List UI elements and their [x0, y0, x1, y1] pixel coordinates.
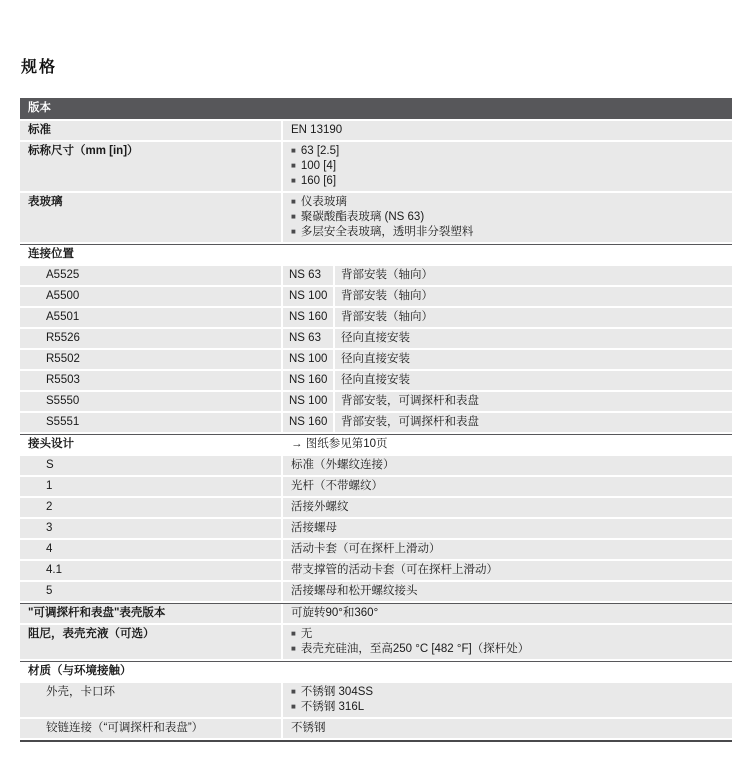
row-label: 4 — [20, 540, 281, 559]
row-label: 1 — [20, 477, 281, 496]
value-text: 63 [2.5] — [301, 145, 339, 157]
row-label: 标称尺寸（mm [in]） — [20, 142, 281, 191]
ns-size: NS 160 — [283, 308, 333, 327]
row-label: 标准 — [20, 121, 281, 140]
mounting-desc: 径向直接安装 — [335, 350, 732, 369]
value-line: 光杆（不带螺纹） — [291, 479, 724, 494]
table-row: 标准EN 13190 — [20, 121, 732, 140]
row-label: 外壳，卡口环 — [20, 683, 281, 717]
value-text: 光杆（不带螺纹） — [291, 480, 383, 492]
mounting-desc: 背部安装，可调探杆和表盘 — [335, 392, 732, 411]
value-line: ■100 [4] — [291, 159, 724, 174]
value-line: 带支撑管的活动卡套（可在探杆上滑动） — [291, 563, 724, 578]
value-line: → 图纸参见第10页 — [291, 437, 724, 452]
row-label: 连接位置 — [20, 245, 281, 264]
value-text: 不锈钢 — [291, 722, 326, 734]
value-line: ■不锈钢 304SS — [291, 685, 724, 700]
row-value: 不锈钢 — [283, 719, 732, 738]
value-line: 不锈钢 — [291, 721, 724, 736]
bullet-square-icon: ■ — [291, 644, 296, 653]
table-row: "可调探杆和表盘"表壳版本可旋转90°和360° — [20, 603, 732, 623]
value-line: ■不锈钢 316L — [291, 700, 724, 715]
table-row: 1光杆（不带螺纹） — [20, 477, 732, 496]
value-text: 活动卡套（可在探杆上滑动） — [291, 543, 441, 555]
section-header-row: 接头设计→ 图纸参见第10页 — [20, 434, 732, 454]
bullet-square-icon: ■ — [291, 687, 296, 696]
bullet-square-icon: ■ — [291, 227, 296, 236]
table-row: 阻尼，表壳充液（可选）■无■表壳充硅油，至高250 °C [482 °F]（探杆… — [20, 625, 732, 659]
row-label: 5 — [20, 582, 281, 601]
table-row: 4活动卡套（可在探杆上滑动） — [20, 540, 732, 559]
row-label: 4.1 — [20, 561, 281, 580]
row-label: S — [20, 456, 281, 475]
value-text: 无 — [301, 628, 313, 640]
value-text: 多层安全表玻璃，透明非分裂塑料 — [301, 226, 474, 238]
row-value: 带支撑管的活动卡套（可在探杆上滑动） — [283, 561, 732, 580]
table-header-row: 版本 — [20, 98, 732, 119]
value-line: ■无 — [291, 627, 724, 642]
value-line: ■聚碳酸酯表玻璃 (NS 63) — [291, 210, 724, 225]
value-text: 活接螺母 — [291, 522, 337, 534]
section-header-row: 连接位置 — [20, 244, 732, 264]
row-value — [283, 662, 732, 681]
row-label: S5551 — [20, 413, 281, 432]
table-row: A5500NS 100背部安装（轴向） — [20, 287, 732, 306]
mounting-desc: 背部安装（轴向） — [335, 308, 732, 327]
ns-size: NS 63 — [283, 266, 333, 285]
table-row: 5活接螺母和松开螺纹接头 — [20, 582, 732, 601]
table-row: 表玻璃■仪表玻璃■聚碳酸酯表玻璃 (NS 63)■多层安全表玻璃，透明非分裂塑料 — [20, 193, 732, 242]
section-header-row: 材质（与环境接触） — [20, 661, 732, 681]
value-text: 100 [4] — [301, 160, 336, 172]
row-label: R5503 — [20, 371, 281, 390]
table-row: 2活接外螺纹 — [20, 498, 732, 517]
value-line: 活接螺母 — [291, 521, 724, 536]
row-value: ■63 [2.5]■100 [4]■160 [6] — [283, 142, 732, 191]
row-value: ■不锈钢 304SS■不锈钢 316L — [283, 683, 732, 717]
mounting-desc: 背部安装，可调探杆和表盘 — [335, 413, 732, 432]
ns-size: NS 160 — [283, 371, 333, 390]
table-row: R5526NS 63径向直接安装 — [20, 329, 732, 348]
row-value: ■仪表玻璃■聚碳酸酯表玻璃 (NS 63)■多层安全表玻璃，透明非分裂塑料 — [283, 193, 732, 242]
value-line: 可旋转90°和360° — [291, 606, 724, 621]
row-label: A5500 — [20, 287, 281, 306]
ns-size: NS 160 — [283, 413, 333, 432]
ns-size: NS 63 — [283, 329, 333, 348]
bullet-square-icon: ■ — [291, 197, 296, 206]
bullet-square-icon: ■ — [291, 146, 296, 155]
value-text: → 图纸参见第10页 — [291, 438, 388, 450]
value-line: ■仪表玻璃 — [291, 195, 724, 210]
value-line: EN 13190 — [291, 123, 724, 138]
value-line: ■表壳充硅油，至高250 °C [482 °F]（探杆处） — [291, 642, 724, 657]
mounting-desc: 径向直接安装 — [335, 371, 732, 390]
value-line: ■多层安全表玻璃，透明非分裂塑料 — [291, 225, 724, 240]
table-row: 外壳，卡口环■不锈钢 304SS■不锈钢 316L — [20, 683, 732, 717]
value-text: 标准（外螺纹连接） — [291, 459, 395, 471]
table-row: A5501NS 160背部安装（轴向） — [20, 308, 732, 327]
ns-size: NS 100 — [283, 392, 333, 411]
row-value: 标准（外螺纹连接） — [283, 456, 732, 475]
value-text: EN 13190 — [291, 124, 342, 136]
row-value — [283, 245, 732, 264]
bullet-square-icon: ■ — [291, 212, 296, 221]
table-row: A5525NS 63背部安装（轴向） — [20, 266, 732, 285]
table-row: R5502NS 100径向直接安装 — [20, 350, 732, 369]
value-line: ■63 [2.5] — [291, 144, 724, 159]
value-line: 标准（外螺纹连接） — [291, 458, 724, 473]
value-text: 活接外螺纹 — [291, 501, 349, 513]
mounting-desc: 背部安装（轴向） — [335, 287, 732, 306]
value-text: 聚碳酸酯表玻璃 (NS 63) — [301, 211, 424, 223]
row-value: 活接螺母 — [283, 519, 732, 538]
row-label: R5526 — [20, 329, 281, 348]
row-value: EN 13190 — [283, 121, 732, 140]
row-label: 材质（与环境接触） — [20, 662, 281, 681]
section-title: 版本 — [20, 98, 732, 119]
value-line: 活动卡套（可在探杆上滑动） — [291, 542, 724, 557]
row-label: A5501 — [20, 308, 281, 327]
row-label: R5502 — [20, 350, 281, 369]
value-line: ■160 [6] — [291, 174, 724, 189]
bullet-square-icon: ■ — [291, 702, 296, 711]
row-value: → 图纸参见第10页 — [283, 435, 732, 454]
spec-table: 版本标准EN 13190标称尺寸（mm [in]）■63 [2.5]■100 [… — [20, 98, 732, 742]
table-row: 标称尺寸（mm [in]）■63 [2.5]■100 [4]■160 [6] — [20, 142, 732, 191]
mounting-desc: 径向直接安装 — [335, 329, 732, 348]
row-value: 可旋转90°和360° — [283, 604, 732, 623]
table-row: 3活接螺母 — [20, 519, 732, 538]
ns-size: NS 100 — [283, 350, 333, 369]
row-label: A5525 — [20, 266, 281, 285]
value-text: 活接螺母和松开螺纹接头 — [291, 585, 418, 597]
row-value: 光杆（不带螺纹） — [283, 477, 732, 496]
bullet-square-icon: ■ — [291, 629, 296, 638]
value-text: 带支撑管的活动卡套（可在探杆上滑动） — [291, 564, 498, 576]
row-value: 活接外螺纹 — [283, 498, 732, 517]
row-value: 活接螺母和松开螺纹接头 — [283, 582, 732, 601]
mounting-desc: 背部安装（轴向） — [335, 266, 732, 285]
table-row: S标准（外螺纹连接） — [20, 456, 732, 475]
table-bottom-border — [20, 740, 732, 742]
value-text: 不锈钢 304SS — [301, 686, 373, 698]
row-label: S5550 — [20, 392, 281, 411]
value-text: 不锈钢 316L — [301, 701, 364, 713]
value-text: 仪表玻璃 — [301, 196, 347, 208]
row-label: 铰链连接（“可调探杆和表盘”） — [20, 719, 281, 738]
row-label: "可调探杆和表盘"表壳版本 — [20, 604, 281, 623]
row-label: 阻尼，表壳充液（可选） — [20, 625, 281, 659]
value-text: 可旋转90°和360° — [291, 607, 378, 619]
page-title: 规格 — [21, 54, 752, 77]
bullet-square-icon: ■ — [291, 161, 296, 170]
table-row: S5550NS 100背部安装，可调探杆和表盘 — [20, 392, 732, 411]
table-row: 4.1带支撑管的活动卡套（可在探杆上滑动） — [20, 561, 732, 580]
table-row: R5503NS 160径向直接安装 — [20, 371, 732, 390]
value-text: 表壳充硅油，至高250 °C [482 °F]（探杆处） — [301, 643, 529, 655]
value-text: 160 [6] — [301, 175, 336, 187]
table-row: 铰链连接（“可调探杆和表盘”）不锈钢 — [20, 719, 732, 738]
row-label: 接头设计 — [20, 435, 281, 454]
table-row: S5551NS 160背部安装，可调探杆和表盘 — [20, 413, 732, 432]
row-label: 2 — [20, 498, 281, 517]
value-line: 活接螺母和松开螺纹接头 — [291, 584, 724, 599]
row-value: ■无■表壳充硅油，至高250 °C [482 °F]（探杆处） — [283, 625, 732, 659]
value-line: 活接外螺纹 — [291, 500, 724, 515]
ns-size: NS 100 — [283, 287, 333, 306]
row-value: 活动卡套（可在探杆上滑动） — [283, 540, 732, 559]
row-label: 表玻璃 — [20, 193, 281, 242]
row-label: 3 — [20, 519, 281, 538]
bullet-square-icon: ■ — [291, 176, 296, 185]
